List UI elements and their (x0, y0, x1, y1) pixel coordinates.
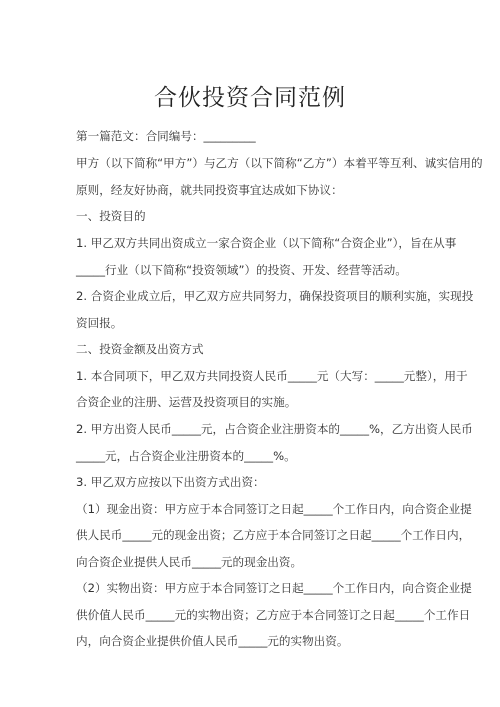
document-line: 甲方（以下简称“甲方”）与乙方（以下简称“乙方”）本着平等互利、诚实信用的 (76, 155, 483, 171)
document-line: 供价值人民币_____元的实物出资；乙方应于本合同签订之日起_____个工作日 (76, 607, 470, 623)
document-line: 向合资企业提供人民币_____元的现金出资。 (76, 554, 302, 570)
document-line: 供人民币_____元的现金出资；乙方应于本合同签订之日起_____个工作日内， (76, 527, 470, 543)
document-line: _____行业（以下简称“投资领域”）的投资、开发、经营等活动。 (76, 262, 407, 278)
document-line: 3. 甲乙双方应按以下出资方式出资： (76, 474, 265, 490)
document-line: 2. 甲方出资人民币_____元，占合资企业注册资本的_____%，乙方出资人民… (76, 421, 473, 437)
document-page: 合伙投资合同范例 第一篇范文：合同编号：_________甲方（以下简称“甲方”… (0, 0, 500, 707)
document-title: 合伙投资合同范例 (0, 82, 500, 114)
document-line: 资回报。 (76, 315, 122, 331)
document-line: 第一篇范文：合同编号：_________ (76, 128, 256, 144)
document-line: 内，向合资企业提供价值人民币_____元的实物出资。 (76, 633, 348, 649)
document-line: （2）实物出资：甲方应于本合同签订之日起_____个工作日内，向合资企业提 (76, 580, 472, 596)
document-line: （1）现金出资：甲方应于本合同签订之日起_____个工作日内，向合资企业提 (76, 501, 472, 517)
document-line: 合资企业的注册、运营及投资项目的实施。 (76, 394, 296, 410)
document-line: 2. 合资企业成立后，甲乙双方应共同努力，确保投资项目的顺利实施，实现投 (76, 288, 473, 304)
document-line: 二、投资金额及出资方式 (76, 341, 204, 357)
document-line: _____元，占合资企业注册资本的_____%。 (76, 448, 296, 464)
document-line: 1. 甲乙双方共同出资成立一家合资企业（以下简称“合资企业”），旨在从事 (76, 235, 456, 251)
document-line: 一、投资目的 (76, 208, 146, 224)
document-line: 1. 本合同项下，甲乙双方共同投资人民币_____元（大写：_____元整），用… (76, 368, 468, 384)
document-line: 原则，经友好协商，就共同投资事宜达成如下协议： (76, 182, 343, 198)
